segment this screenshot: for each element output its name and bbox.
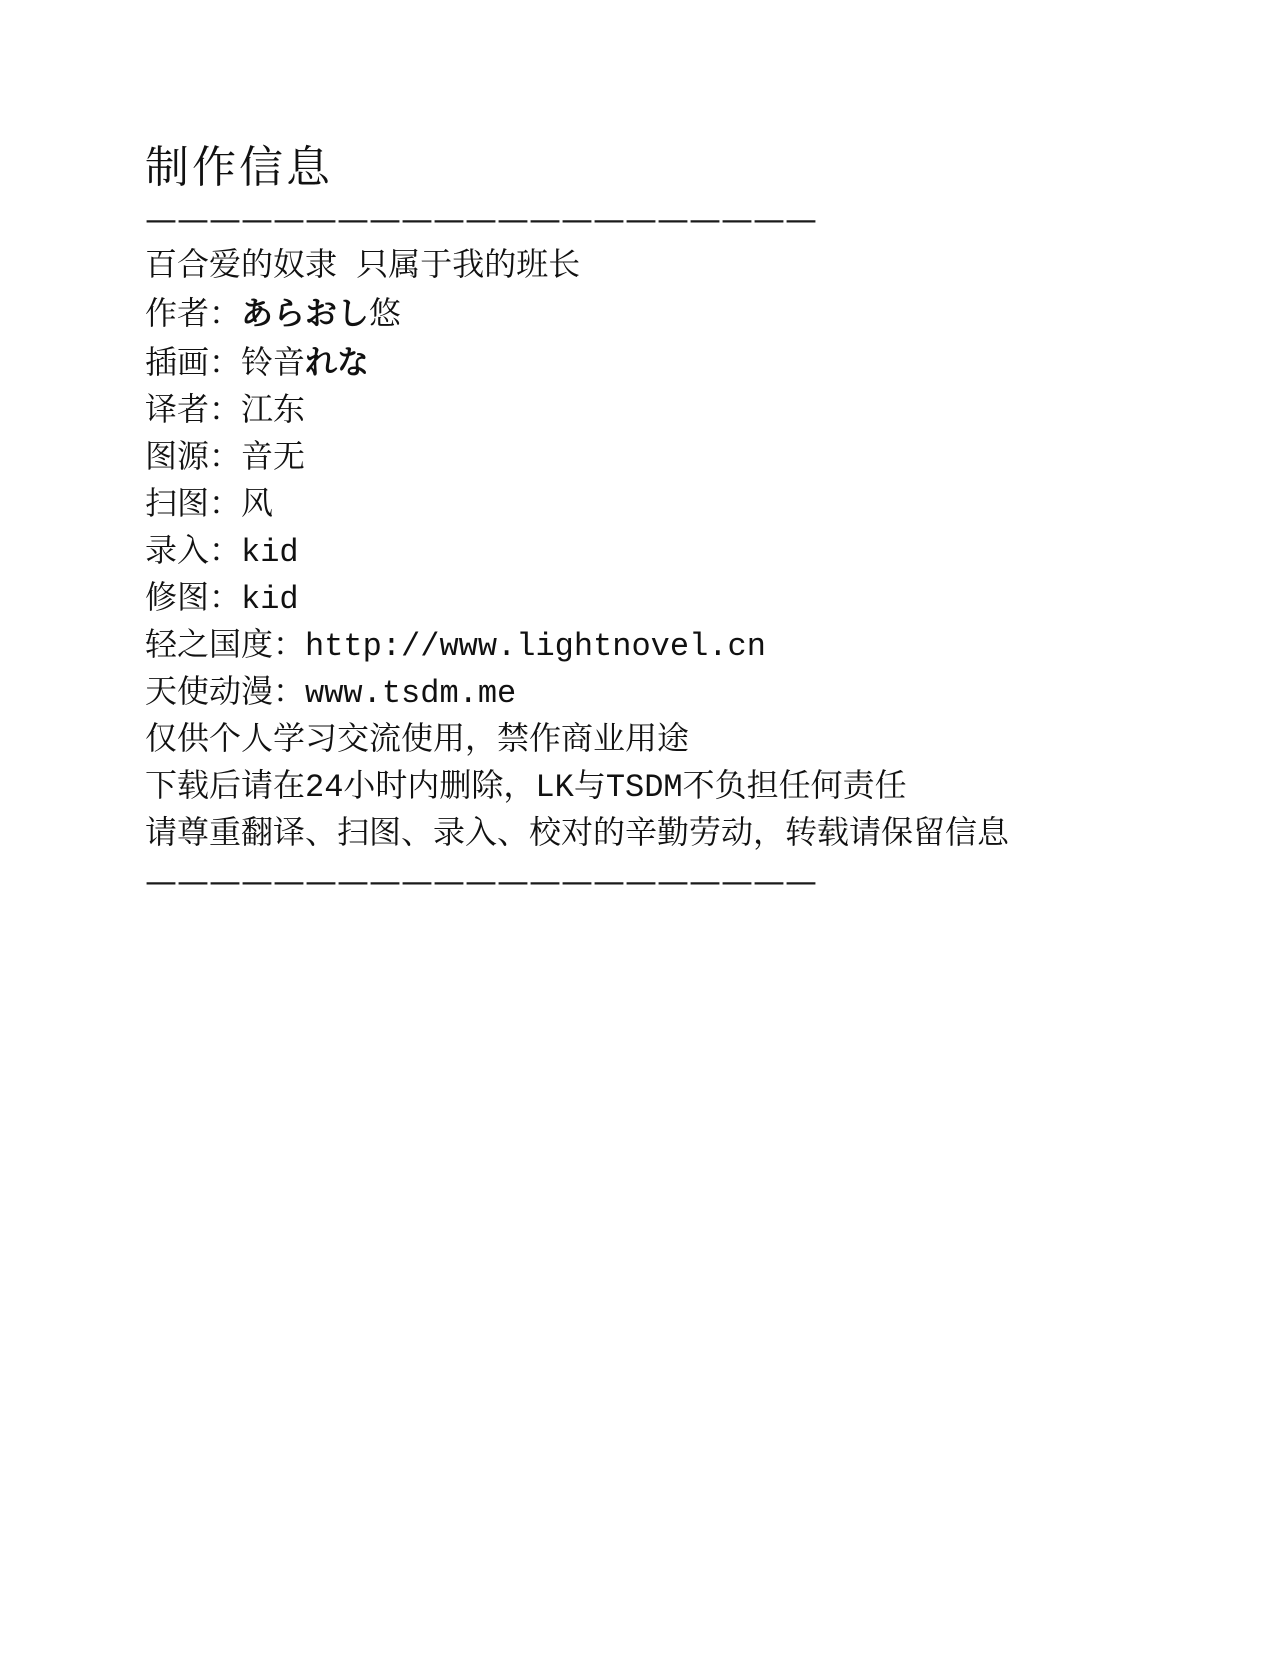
translator-line: 译者：江东 [145,388,1220,435]
lightnovel-site-url: http://www.lightnovel.cn [305,628,766,665]
page-title: 制作信息 [145,140,1220,196]
author-line: 作者：あらおし悠 [145,290,1220,339]
illustrator-label: 插画： [145,346,241,383]
image-source-value: 音无 [241,440,305,477]
notice-keep-credits: 请尊重翻译、扫图、录入、校对的辛勤劳动，转载请保留信息 [145,811,1220,858]
retoucher-line: 修图：kid [145,576,1220,623]
retoucher-label: 修图： [145,581,241,618]
tsdm-site-url: www.tsdm.me [305,675,516,712]
image-source-line: 图源：音无 [145,435,1220,482]
divider-bottom: ————————————————————— [145,858,1220,905]
translator-value: 江东 [241,393,305,430]
image-source-label: 图源： [145,440,241,477]
lightnovel-site-line: 轻之国度：http://www.lightnovel.cn [145,623,1220,670]
retoucher-value: kid [241,581,299,618]
typist-line: 录入：kid [145,529,1220,576]
book-title-line: 百合爱的奴隶 只属于我的班长 [145,243,1220,290]
translator-label: 译者： [145,393,241,430]
illustrator-name-cjk: 铃音 [241,346,305,383]
scanner-label: 扫图： [145,487,241,524]
author-name-rest: 悠 [369,297,401,334]
notice-delete-24h: 下载后请在24小时内删除，LK与TSDM不负担任何责任 [145,764,1220,811]
scanner-value: 风 [241,487,273,524]
author-label: 作者： [145,297,241,334]
divider-top: ————————————————————— [145,196,1220,243]
typist-label: 录入： [145,534,241,571]
tsdm-site-label: 天使动漫： [145,675,305,712]
author-name-kana: あらおし [241,294,369,332]
illustrator-name-kana: れな [305,343,369,381]
scanner-line: 扫图：风 [145,482,1220,529]
illustrator-line: 插画：铃音れな [145,339,1220,388]
credits-block: 百合爱的奴隶 只属于我的班长 作者：あらおし悠 插画：铃音れな 译者：江东 图源… [145,243,1220,858]
typist-value: kid [241,534,299,571]
lightnovel-site-label: 轻之国度： [145,628,305,665]
credits-page: 制作信息 ————————————————————— 百合爱的奴隶 只属于我的班… [0,0,1280,1656]
tsdm-site-line: 天使动漫：www.tsdm.me [145,670,1220,717]
notice-personal-use: 仅供个人学习交流使用，禁作商业用途 [145,717,1220,764]
